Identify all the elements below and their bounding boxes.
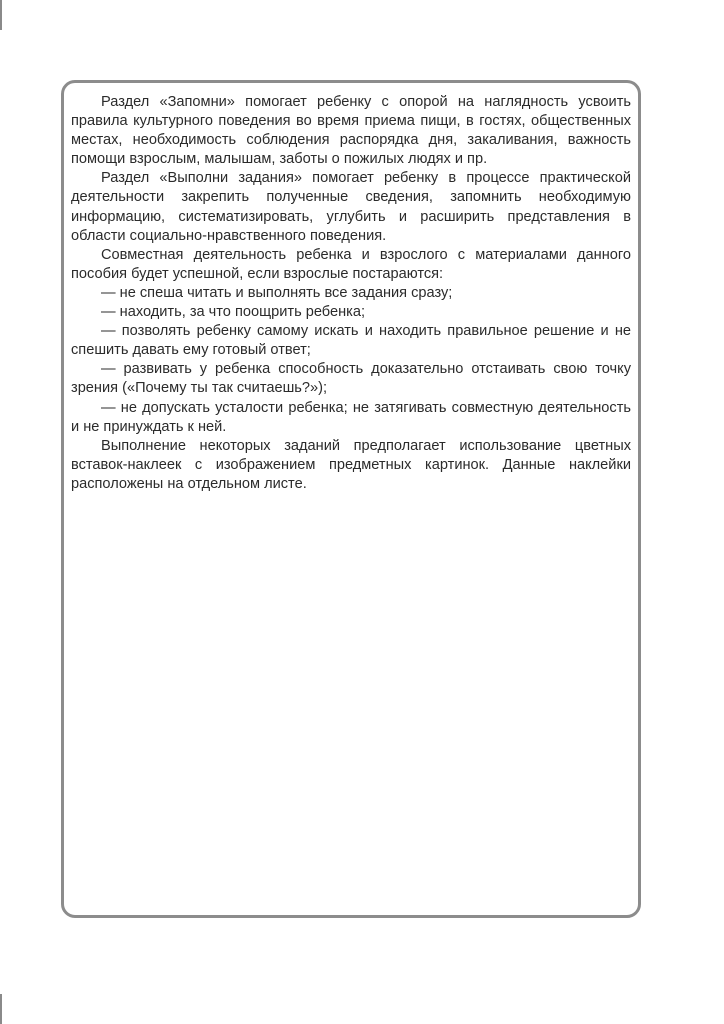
crop-mark-bottom [0,994,2,1024]
body-text: Раздел «Запомни» помогает ребенку с опор… [71,93,631,494]
list-item-no-fatigue: — не допускать усталости ребенка; не зат… [71,399,631,437]
paragraph-vypolni-zadaniya: Раздел «Выполни задания» помогает ребенк… [71,169,631,245]
list-item-self-solve: — позволять ребенку самому искать и нахо… [71,322,631,360]
crop-mark-top [0,0,2,30]
list-item-no-rush: — не спеша читать и выполнять все задани… [71,284,631,303]
list-item-defend-view: — развивать у ребенка способность доказа… [71,360,631,398]
list-item-encourage: — находить, за что поощрить ребенка; [71,303,631,322]
paragraph-zapomni: Раздел «Запомни» помогает ребенку с опор… [71,93,631,169]
paragraph-stickers: Выполнение некоторых заданий предполагае… [71,437,631,494]
paragraph-joint-activity: Совместная деятельность ребенка и взросл… [71,246,631,284]
content-frame: Раздел «Запомни» помогает ребенку с опор… [61,80,641,918]
